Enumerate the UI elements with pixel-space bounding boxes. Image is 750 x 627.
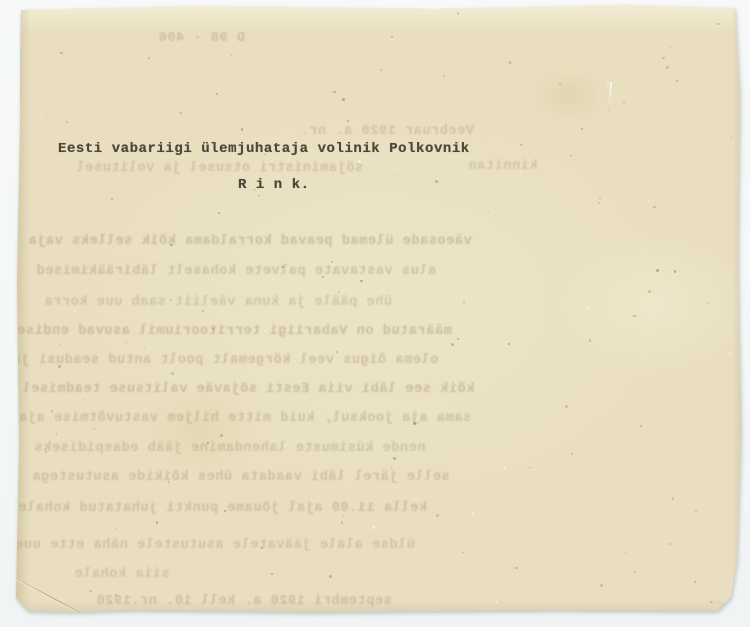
foxing-speckle bbox=[241, 128, 244, 131]
foxing-speckle bbox=[224, 510, 226, 512]
foxing-speckle bbox=[60, 52, 63, 55]
foxing-speckle bbox=[358, 160, 361, 163]
bleed-through-line: D 98 - 406 bbox=[158, 31, 245, 46]
foxing-speckle bbox=[469, 154, 470, 155]
foxing-speckle bbox=[457, 338, 459, 340]
fold-crease-bottom-left bbox=[16, 578, 89, 617]
foxing-speckle bbox=[440, 339, 441, 340]
foxing-speckle bbox=[634, 571, 636, 573]
foxing-speckle bbox=[463, 301, 465, 303]
foxing-speckle bbox=[509, 61, 512, 64]
bleed-through-line: siia kohale bbox=[74, 567, 170, 582]
foxing-speckle bbox=[598, 202, 600, 204]
foxing-speckle bbox=[640, 425, 642, 427]
foxing-speckle bbox=[391, 36, 394, 39]
paper-shadow-wrapper: D 98 - 406Veebruar 1920 a. nr.sõjaminist… bbox=[0, 0, 750, 627]
bleed-through-line: kella 11.00 ajal jõuame punkti juhatatud… bbox=[18, 501, 427, 516]
foxing-speckle bbox=[515, 567, 517, 569]
foxing-speckle bbox=[488, 212, 489, 213]
bleed-through-line: Veebruar 1920 a. nr. bbox=[300, 124, 474, 139]
foxing-speckle bbox=[33, 226, 34, 227]
foxing-speckle bbox=[640, 325, 641, 326]
foxing-speckle bbox=[89, 590, 91, 592]
foxing-speckle bbox=[694, 52, 695, 53]
bleed-through-line: selle järel läbi vaadata ühes kõikide as… bbox=[32, 470, 450, 485]
foxing-speckle bbox=[669, 543, 671, 545]
foxing-speckle bbox=[360, 280, 362, 282]
foxing-speckle bbox=[730, 137, 731, 138]
bleed-through-line: kinnitan bbox=[468, 159, 538, 174]
foxing-speckle bbox=[333, 91, 335, 93]
foxing-speckle bbox=[393, 457, 396, 460]
foxing-speckle bbox=[264, 154, 265, 155]
foxing-speckle bbox=[271, 573, 273, 575]
fold-crease-left-edge bbox=[20, 12, 21, 107]
foxing-speckle bbox=[347, 120, 350, 123]
foxing-speckle bbox=[86, 606, 87, 607]
foxing-speckle bbox=[570, 155, 571, 156]
foxing-speckle bbox=[380, 69, 382, 71]
foxing-speckle bbox=[435, 180, 438, 183]
foxing-speckle bbox=[341, 521, 343, 523]
foxing-speckle bbox=[144, 347, 145, 348]
foxing-speckle bbox=[656, 269, 659, 272]
foxing-speckle bbox=[495, 601, 498, 604]
foxing-speckle bbox=[83, 399, 84, 400]
foxing-speckle bbox=[391, 467, 392, 468]
foxing-speckle bbox=[56, 433, 57, 434]
scan-background: D 98 - 406Veebruar 1920 a. nr.sõjaminist… bbox=[0, 0, 750, 627]
foxing-speckle bbox=[571, 453, 573, 455]
bleed-through-line: olema õigus veel kõrgemalt poolt antud s… bbox=[12, 353, 438, 368]
foxing-speckle bbox=[336, 351, 338, 353]
foxing-speckle bbox=[662, 57, 664, 59]
foxing-speckle bbox=[472, 512, 475, 515]
foxing-speckle bbox=[451, 343, 453, 345]
foxing-speckle bbox=[342, 516, 344, 518]
paper-scratch bbox=[608, 82, 612, 112]
foxing-speckle bbox=[447, 204, 449, 206]
foxing-speckle bbox=[81, 474, 82, 475]
foxing-speckle bbox=[111, 198, 113, 200]
foxing-speckle bbox=[717, 23, 719, 25]
foxing-speckle bbox=[258, 195, 260, 197]
foxing-speckle bbox=[66, 121, 68, 123]
foxing-speckle bbox=[653, 206, 655, 208]
foxing-speckle bbox=[220, 434, 223, 437]
foxing-speckle bbox=[51, 410, 53, 412]
foxing-speckle bbox=[218, 212, 220, 214]
foxing-speckle bbox=[74, 310, 76, 312]
foxing-speckle bbox=[695, 510, 697, 512]
foxing-speckle bbox=[372, 526, 375, 529]
foxing-speckle bbox=[156, 521, 158, 523]
foxing-speckle bbox=[426, 307, 427, 308]
foxing-speckle bbox=[648, 290, 651, 293]
foxing-speckle bbox=[710, 601, 712, 603]
foxing-speckle bbox=[254, 189, 255, 190]
foxing-speckle bbox=[666, 66, 669, 69]
foxing-speckle bbox=[413, 422, 416, 425]
bleed-through-line: määratud on Vabariigi territooriumil asu… bbox=[8, 324, 452, 339]
foxing-speckle bbox=[59, 344, 60, 345]
foxing-speckle bbox=[436, 514, 439, 517]
foxing-speckle bbox=[674, 270, 676, 272]
foxing-speckle bbox=[676, 80, 678, 82]
foxing-speckle bbox=[482, 136, 484, 138]
fold-crease-bottom-right bbox=[710, 598, 749, 615]
foxing-speckle bbox=[41, 114, 43, 116]
foxing-speckle bbox=[179, 112, 181, 114]
foxing-speckle bbox=[457, 12, 459, 14]
foxing-speckle bbox=[207, 442, 209, 444]
bleed-through-line: alus vastavate palvete kohaselt läbirääk… bbox=[36, 264, 436, 279]
foxing-speckle bbox=[565, 405, 568, 408]
foxing-speckle bbox=[586, 306, 589, 309]
foxing-speckle bbox=[216, 93, 217, 94]
foxing-speckle bbox=[526, 12, 527, 13]
foxing-speckle bbox=[707, 302, 709, 304]
foxing-speckle bbox=[719, 508, 720, 509]
foxing-speckle bbox=[508, 343, 510, 345]
foxing-speckle bbox=[171, 372, 174, 375]
foxing-speckle bbox=[116, 528, 118, 530]
bleed-through-line: väeosade ülemad peavad korraldama kõik s… bbox=[28, 234, 472, 249]
foxing-speckle bbox=[342, 98, 345, 101]
foxing-speckle bbox=[694, 581, 695, 582]
foxing-speckle bbox=[148, 57, 150, 59]
foxing-speckle bbox=[202, 310, 204, 312]
foxing-speckle bbox=[285, 445, 286, 446]
foxing-speckle bbox=[547, 391, 548, 392]
bleed-through-line: sama aja jooksul, kuid mitte hiljem vast… bbox=[10, 411, 471, 426]
foxing-speckle bbox=[397, 174, 398, 175]
foxing-speckle bbox=[729, 353, 730, 354]
foxing-speckle bbox=[94, 428, 96, 430]
foxing-speckle bbox=[599, 197, 601, 199]
foxing-speckle bbox=[623, 101, 625, 103]
foxing-speckle bbox=[647, 200, 649, 202]
bleed-through-line: sõjaministri otsusel ja volitusel bbox=[76, 161, 363, 176]
foxing-speckle bbox=[520, 144, 522, 146]
foxing-speckle bbox=[329, 575, 332, 578]
foxing-speckle bbox=[581, 128, 584, 131]
bleed-through-line: nende küsimuste lahendamine jääb edaspid… bbox=[34, 441, 426, 456]
foxing-speckle bbox=[633, 315, 636, 318]
foxing-speckle bbox=[286, 148, 287, 149]
document-page: D 98 - 406Veebruar 1920 a. nr.sõjaminist… bbox=[14, 4, 744, 618]
foxing-speckle bbox=[529, 467, 531, 469]
foxing-speckle bbox=[472, 411, 474, 413]
foxing-speckle bbox=[126, 341, 127, 342]
typed-line-signature: R i n k. bbox=[238, 177, 310, 193]
foxing-speckle bbox=[589, 339, 591, 341]
foxing-speckle bbox=[264, 330, 266, 332]
foxing-speckle bbox=[462, 552, 464, 554]
foxing-speckle bbox=[331, 261, 333, 263]
bleed-through-line: kõik see läbi viia Eesti sõjaväe valitsu… bbox=[22, 382, 474, 397]
foxing-speckle bbox=[559, 83, 561, 85]
foxing-speckle bbox=[600, 584, 603, 587]
foxing-speckle bbox=[504, 466, 506, 468]
bleed-through-line: üldse alale jäävatele asutustele näha et… bbox=[6, 538, 415, 553]
foxing-speckle bbox=[670, 47, 671, 48]
foxing-speckle bbox=[231, 55, 233, 57]
foxing-speckle bbox=[672, 497, 674, 499]
foxing-speckle bbox=[272, 278, 274, 280]
foxing-speckle bbox=[443, 75, 445, 77]
bleed-through-line: ühe pääle ja kuna väeliit saab uue korra bbox=[44, 295, 392, 310]
foxing-speckle bbox=[338, 291, 340, 293]
foxing-speckle bbox=[625, 552, 626, 553]
bleed-through-line: septembri 1920 a. kell 10. nr.1920 bbox=[96, 594, 392, 609]
